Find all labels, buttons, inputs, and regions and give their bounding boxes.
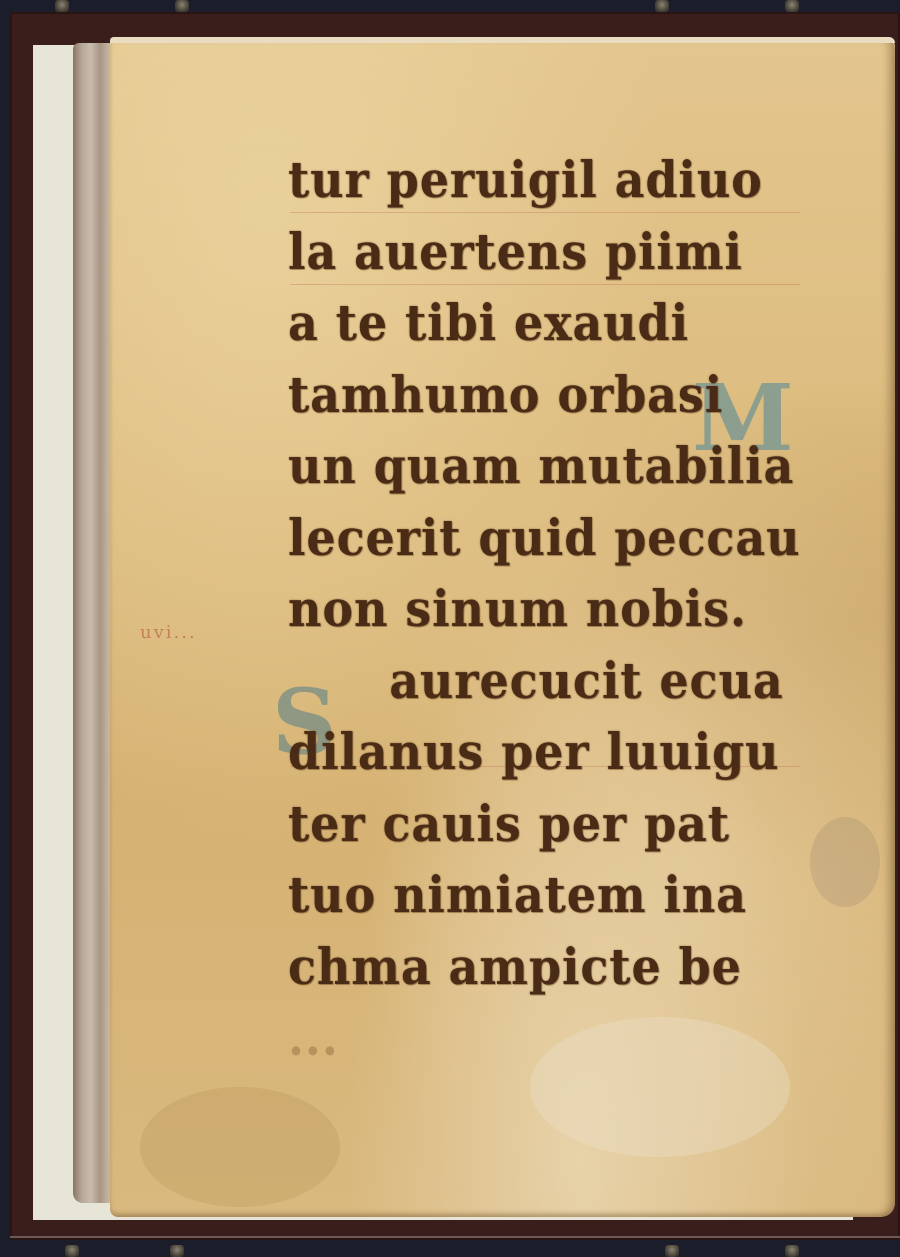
text-line: un quam mutabilia: [288, 436, 766, 508]
text-line: aurecucit ecua: [288, 651, 766, 723]
text-block: tur peruigil adiuo la auertens piimi a t…: [288, 150, 808, 1080]
page-top-edge: [110, 37, 895, 43]
cradle-peg: [175, 0, 189, 12]
cradle-peg: [170, 1245, 184, 1257]
text-line: la auertens piimi: [288, 222, 766, 294]
cradle-peg: [785, 0, 799, 12]
cradle-peg: [785, 1245, 799, 1257]
cradle-peg: [655, 0, 669, 12]
text-line: tuo nimiatem ina: [288, 865, 766, 937]
stain: [810, 817, 880, 907]
text-line: a te tibi exaudi: [288, 293, 766, 365]
cradle-peg: [65, 1245, 79, 1257]
cradle-peg: [665, 1245, 679, 1257]
frame-edge: [10, 1236, 900, 1238]
text-line: lecerit quid peccau: [288, 508, 766, 580]
text-line: chma ampicte be: [288, 937, 766, 1009]
text-line: tamhumo orbasi: [288, 365, 766, 437]
text-line: ter cauis per pat: [288, 794, 766, 866]
text-line: dilanus per luuigu: [288, 722, 766, 794]
text-line: tur peruigil adiuo: [288, 150, 766, 222]
stain: [140, 1087, 340, 1207]
margin-note: uvi...: [140, 622, 197, 643]
show-through-line: ...: [288, 1008, 766, 1080]
text-line: non sinum nobis.: [288, 579, 766, 651]
cradle-peg: [55, 0, 69, 12]
